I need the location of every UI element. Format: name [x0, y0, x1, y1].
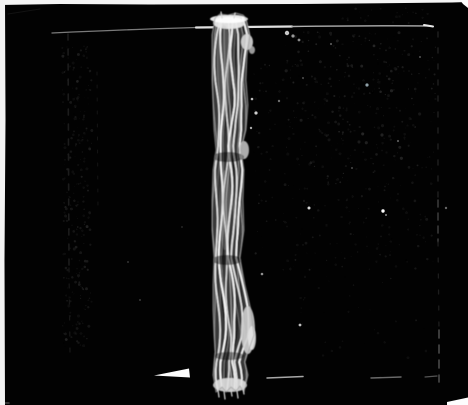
radiograph-viewer [0, 0, 468, 405]
book-scan-image [0, 0, 468, 405]
left-white-border [0, 0, 6, 405]
